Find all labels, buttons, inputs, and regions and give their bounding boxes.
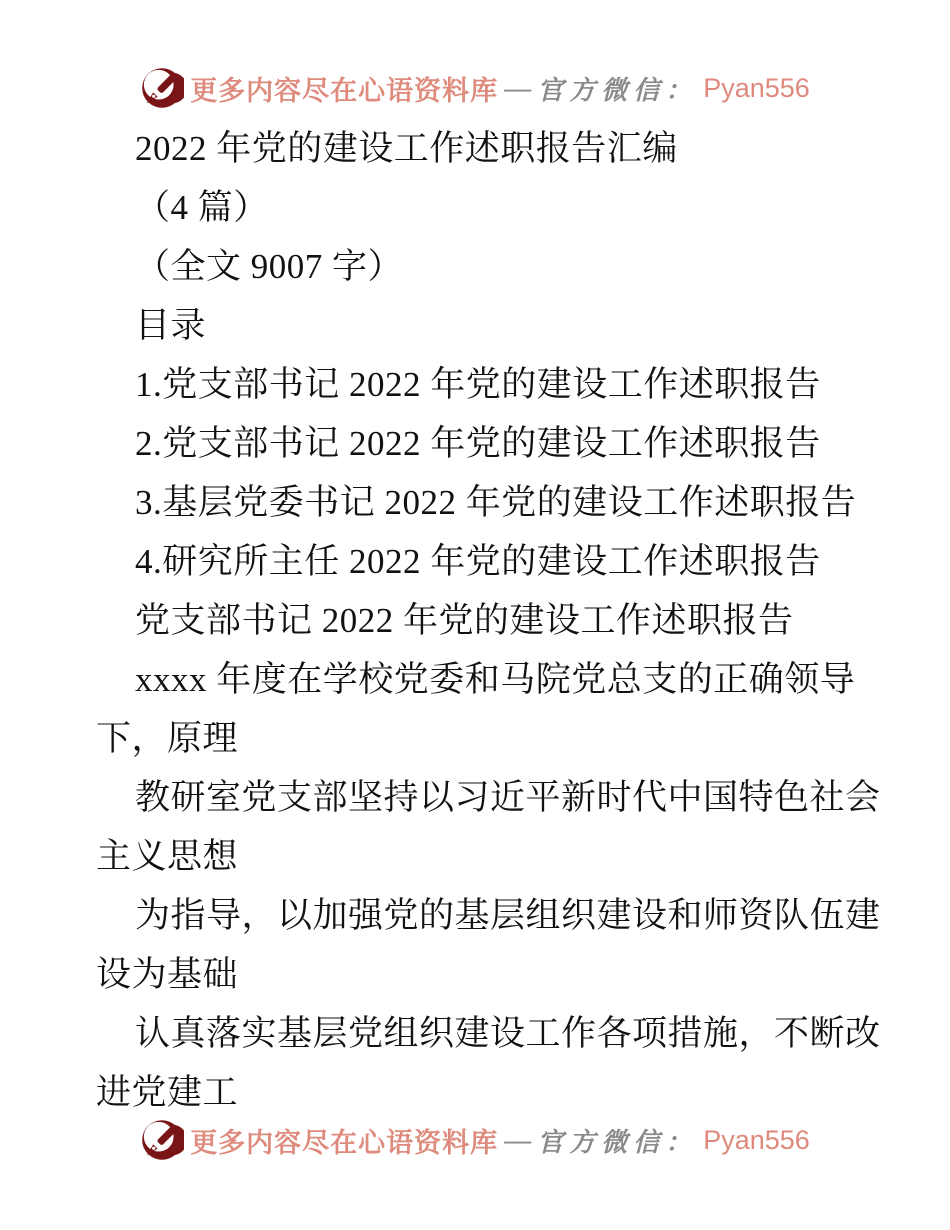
watermark-brand-text: 更多内容尽在心语资料库 — [190, 69, 498, 108]
body-line-8: 进党建工 — [96, 1063, 896, 1122]
watermark-wechat-id: Pyan556 — [703, 1125, 810, 1156]
header-watermark: 更多内容尽在心语资料库—官方微信： Pyan556 — [0, 64, 950, 112]
watermark-separator: — — [504, 73, 531, 104]
doc-title: 2022 年党的建设工作述职报告汇编 — [96, 119, 896, 178]
section-title: 党支部书记 2022 年党的建设工作述职报告 — [96, 591, 896, 650]
toc-item-2: 2.党支部书记 2022 年党的建设工作述职报告 — [96, 414, 896, 473]
toc-heading: 目录 — [96, 296, 896, 355]
watermark-brand-text: 更多内容尽在心语资料库 — [190, 1121, 498, 1160]
document-page: 2022 年党的建设工作述职报告汇编 （4 篇） （全文 9007 字） 目录 … — [96, 119, 896, 1122]
body-line-2: 下，原理 — [96, 709, 896, 768]
toc-item-3: 3.基层党委书记 2022 年党的建设工作述职报告 — [96, 473, 896, 532]
body-line-4: 主义思想 — [96, 827, 896, 886]
body-line-7: 认真落实基层党组织建设工作各项措施，不断改 — [96, 1004, 896, 1063]
toc-item-4: 4.研究所主任 2022 年党的建设工作述职报告 — [96, 532, 896, 591]
body-line-6: 设为基础 — [96, 945, 896, 1004]
watermark-channel-label: 官方微信： — [537, 1122, 697, 1159]
watermark-separator: — — [504, 1125, 531, 1156]
body-line-5: 为指导，以加强党的基层组织建设和师资队伍建 — [96, 886, 896, 945]
piece-count: （4 篇） — [96, 178, 896, 237]
watermark-wechat-id: Pyan556 — [703, 73, 810, 104]
watermark-channel-label: 官方微信： — [537, 70, 697, 107]
pen-nib-circle-icon — [140, 1118, 184, 1162]
toc-item-1: 1.党支部书记 2022 年党的建设工作述职报告 — [96, 355, 896, 414]
pen-nib-circle-icon — [140, 66, 184, 110]
body-line-3: 教研室党支部坚持以习近平新时代中国特色社会 — [96, 768, 896, 827]
word-count: （全文 9007 字） — [96, 237, 896, 296]
body-line-1: xxxx 年度在学校党委和马院党总支的正确领导 — [96, 650, 896, 709]
footer-watermark: 更多内容尽在心语资料库—官方微信： Pyan556 — [0, 1116, 950, 1164]
